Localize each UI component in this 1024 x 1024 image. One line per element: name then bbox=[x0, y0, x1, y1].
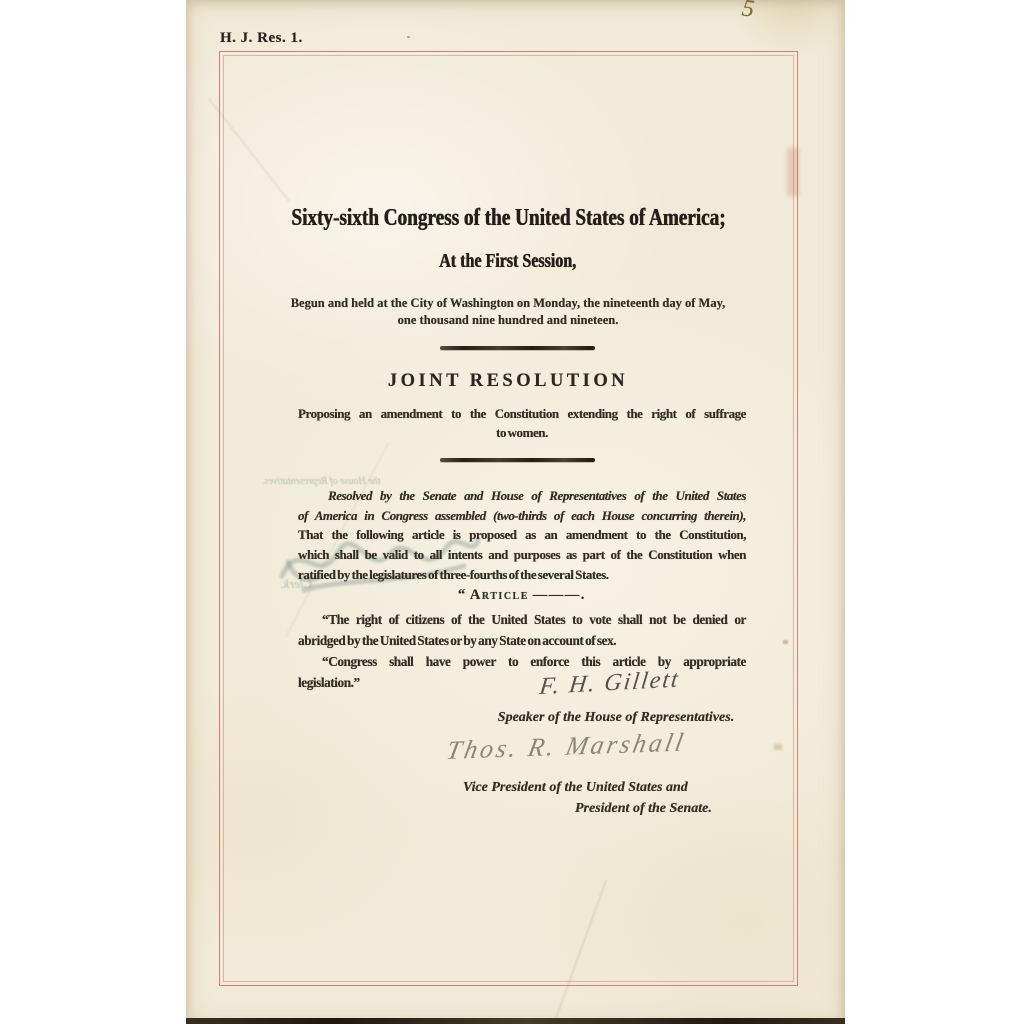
article-line: abridged by the United States or by any … bbox=[298, 630, 746, 651]
document-page: the House of Representatives. Clerk. H. … bbox=[186, 0, 845, 1024]
enacting-clause: Resolved by the Senate and House of Repr… bbox=[298, 486, 746, 585]
enacting-line: Resolved by the Senate and House of Repr… bbox=[298, 486, 746, 506]
enacting-line: ratified by the legislatures of three-fo… bbox=[298, 565, 746, 585]
begun-line-2: one thousand nine hundred and nineteen. bbox=[246, 312, 770, 329]
paper-stain bbox=[787, 148, 799, 196]
enacting-line: That the following article is proposed a… bbox=[298, 525, 746, 545]
doc-number: H. J. Res. 1. bbox=[220, 30, 303, 47]
congress-title: Sixty-sixth Congress of the United State… bbox=[219, 205, 797, 232]
pencil-mark bbox=[407, 36, 410, 38]
vp-title-line-1: Vice President of the United States and bbox=[463, 780, 688, 796]
paper-stain bbox=[783, 640, 788, 644]
joint-resolution-title: JOINT RESOLUTION bbox=[219, 371, 797, 392]
speaker-title: Speaker of the House of Representatives. bbox=[426, 710, 806, 726]
divider-rule-bottom bbox=[440, 458, 595, 462]
paper-stain bbox=[774, 744, 782, 750]
enacting-line: which shall be valid to all intents and … bbox=[298, 545, 746, 565]
divider-rule-top bbox=[440, 346, 595, 350]
session-title: At the First Session, bbox=[219, 250, 797, 273]
article-heading: “ Article ———. bbox=[298, 587, 746, 604]
article-line: “The right of citizens of the United Sta… bbox=[298, 609, 746, 630]
begun-line-1: Begun and held at the City of Washington… bbox=[246, 295, 770, 312]
purpose-line-1: Proposing an amendment to the Constituti… bbox=[298, 404, 746, 423]
bottom-scan-edge bbox=[186, 1018, 845, 1024]
purpose-line-2: to women. bbox=[298, 423, 746, 442]
vp-title-line-2: President of the Senate. bbox=[575, 801, 712, 817]
purpose-text: Proposing an amendment to the Constituti… bbox=[298, 404, 746, 442]
enacting-line: of America in Congress assembled (two-th… bbox=[298, 506, 746, 526]
begun-text: Begun and held at the City of Washington… bbox=[246, 295, 770, 329]
